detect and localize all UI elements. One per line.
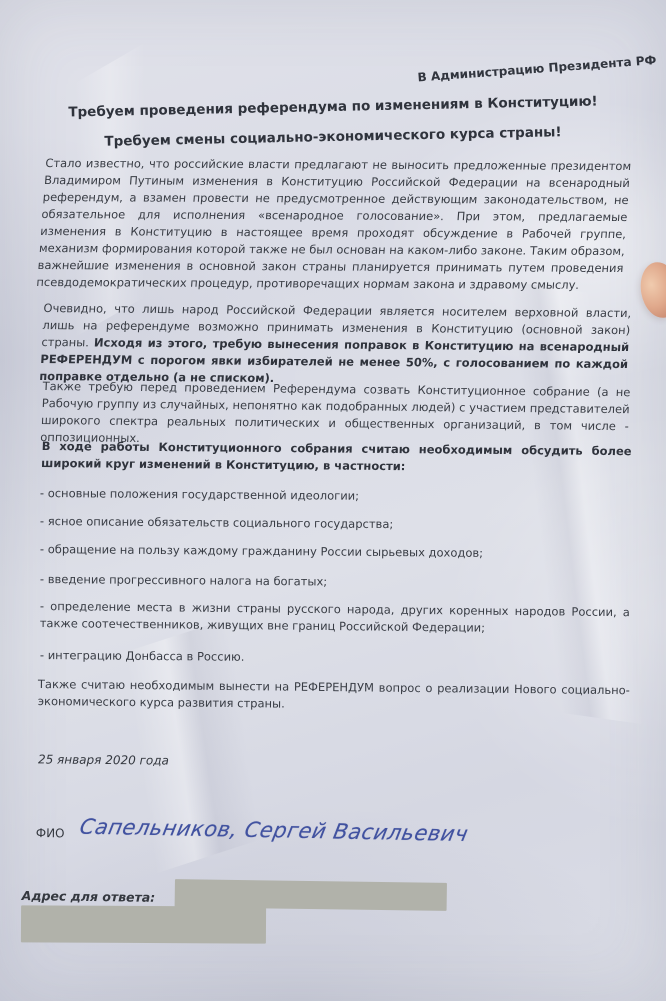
paragraph-discussion-heading: В ходе работы Конституционного собрания … [41,438,632,477]
redaction-box-2 [21,905,266,943]
letter-title-line2: Требуем смены социально-экономического к… [0,122,666,152]
list-item-social-state: - ясное описание обязательств социальног… [40,513,630,535]
paragraph-referendum-demand: Очевидно, что лишь народ Российской Феде… [39,300,632,390]
list-item-resource-income: - обращение на пользу каждому гражданину… [40,541,630,563]
list-item-progressive-tax: - введение прогрессивного налога на бога… [40,571,630,593]
finger-edge [636,259,666,321]
list-item-state-ideology: - основные положения государственной иде… [40,485,630,507]
photo-frame: В Администрацию Президента РФ Требуем пр… [0,0,666,1001]
paragraph-intro: Стало известно, что российские власти пр… [36,155,632,294]
handwritten-name: Сапельников, Сергей Васильевич [78,815,471,846]
letter-title-line1: Требуем проведения референдума по измене… [0,92,666,122]
date-line: 25 января 2020 года [38,752,169,767]
paragraph-closing: Также считаю необходимым вынести на РЕФЕ… [38,676,630,716]
paragraph-demand-bold-text: Исходя из этого, требую вынесения поправ… [39,335,630,385]
fio-label: ФИО [36,825,65,839]
list-item-russian-people: - определение места в жизни страны русск… [40,598,630,638]
recipient-line: В Администрацию Президента РФ [417,53,657,84]
list-item-donbass: - интеграцию Донбасса в Россию. [40,647,630,669]
reply-address-label: Адрес для ответа: [22,888,156,905]
signature-row: ФИО Сапельников, Сергей Васильевич [36,818,469,848]
